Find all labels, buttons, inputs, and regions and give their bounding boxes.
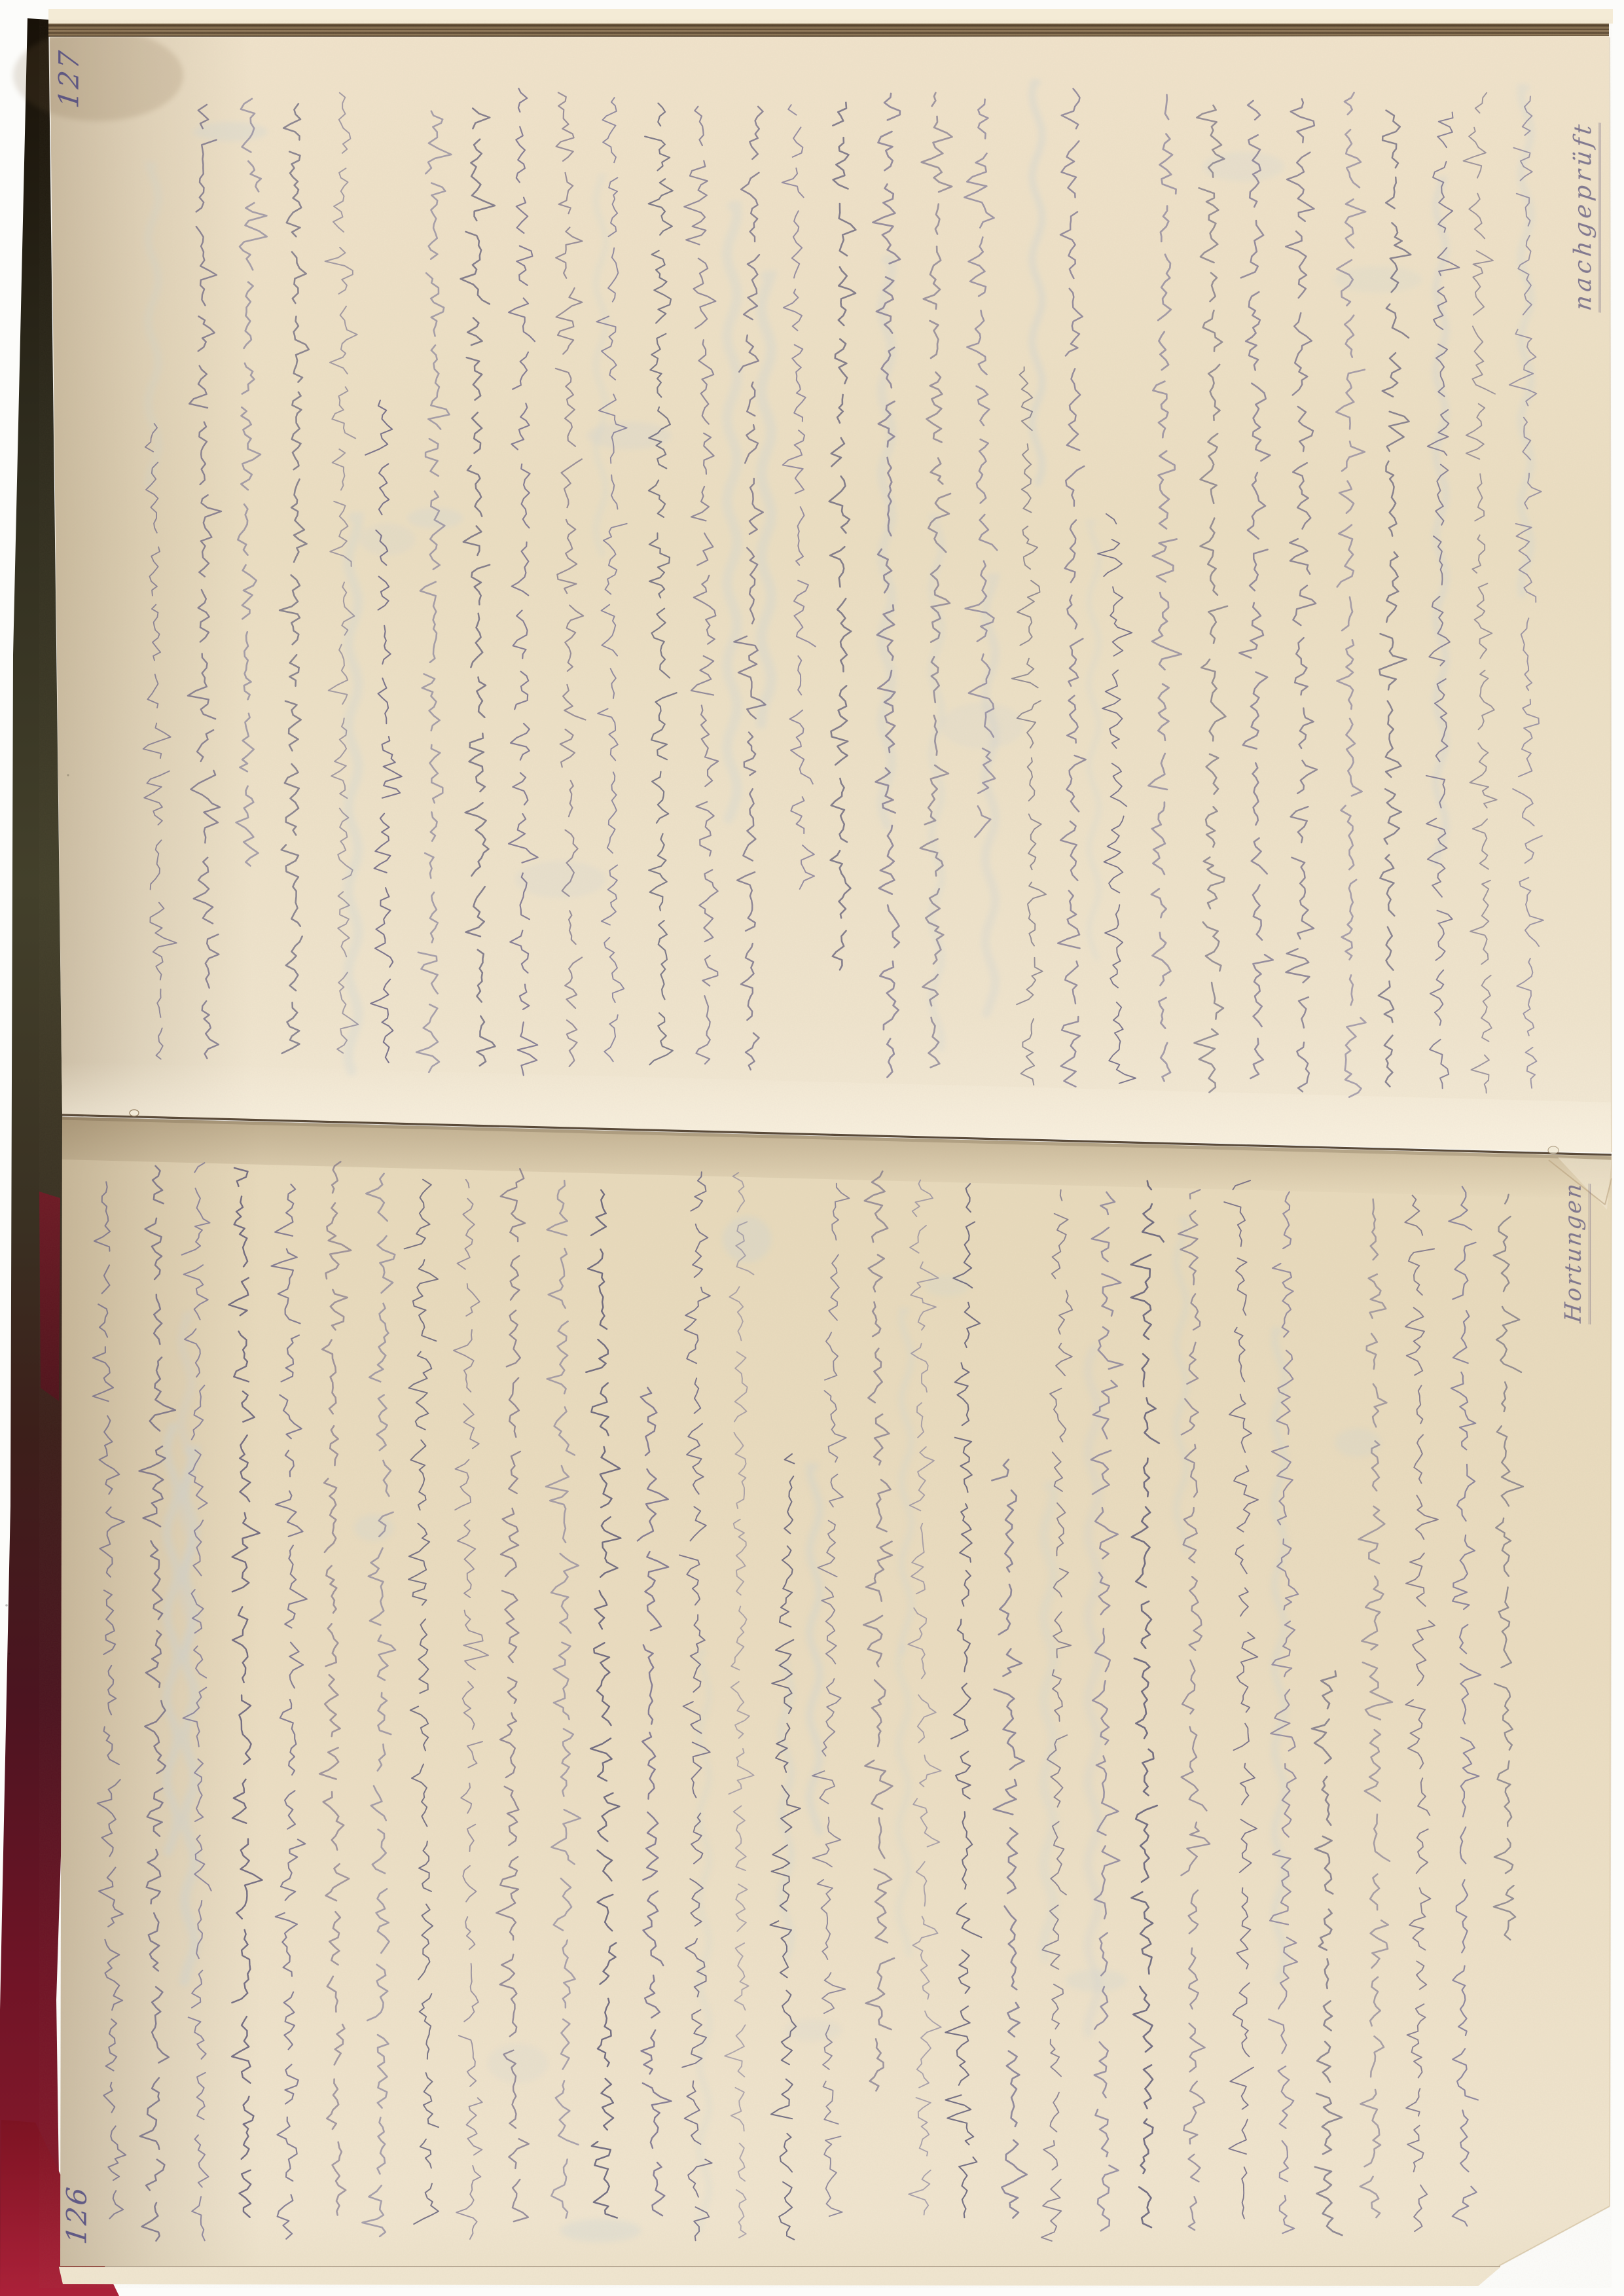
page-number-126: 126 xyxy=(61,2183,93,2246)
scanned-book-spread: 127 126 nachgeprüft Hortungen xyxy=(0,0,1624,2296)
catchword-page-127: nachgeprüft xyxy=(1570,119,1601,312)
paper-grain xyxy=(39,20,1612,2288)
dust-speck xyxy=(67,774,69,776)
page-number-127: 127 xyxy=(53,47,85,109)
book-scan-artwork xyxy=(0,0,1624,2296)
dust-speck xyxy=(9,1653,10,1655)
catchword-page-126: Hortungen xyxy=(1561,1180,1591,1324)
dust-speck xyxy=(5,1604,8,1607)
